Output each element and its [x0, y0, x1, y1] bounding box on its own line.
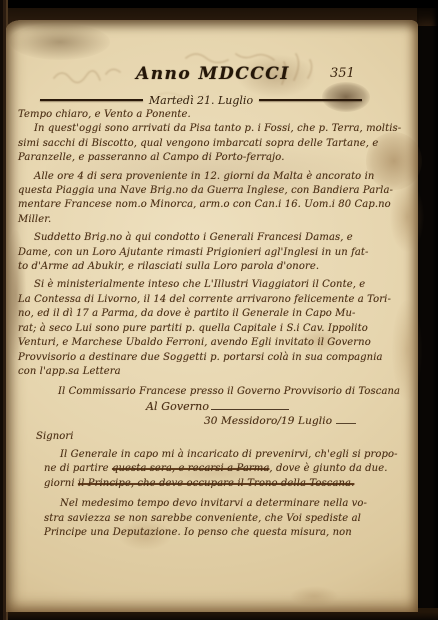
letter-date: 30 Messidoro/19 Luglio: [204, 414, 378, 428]
diary-line: Provvisorio a destinare due Soggetti p. …: [18, 351, 378, 365]
diary-line: con l'app.sa Lettera: [18, 365, 378, 379]
letter-line: Nel medesimo tempo devo invitarvi a dete…: [44, 497, 378, 511]
manuscript-page: Anno MDCCCI 351 Martedì 21. Luglio Tempo…: [6, 20, 418, 612]
diary-line: Suddetto Brig.no à qui condotto i Genera…: [18, 231, 378, 245]
diary-line: Venturi, e Marchese Ubaldo Ferroni, aven…: [18, 336, 378, 350]
diary-line: questa Piaggia una Nave Brig.no da Guerr…: [18, 184, 378, 198]
manuscript-content: Anno MDCCCI 351 Martedì 21. Luglio Tempo…: [18, 64, 378, 540]
diary-line: rat; à seco Lui sono pure partiti p. que…: [18, 322, 378, 336]
stain: [290, 586, 338, 606]
pen-flourish: [211, 403, 289, 410]
weather-line: Tempo chiaro, e Vento a Ponente.: [18, 108, 378, 122]
rule-right: [259, 99, 362, 101]
letter-line: Principe una Deputazione. Io penso che q…: [44, 526, 378, 540]
pen-dash: [336, 418, 356, 424]
diary-line: Miller.: [18, 213, 378, 227]
letter-line: Il Generale in capo mi à incaricato di p…: [44, 448, 378, 462]
page-fore-edge-stack: [417, 6, 438, 614]
underlined-phrase: il Principe, che deve occupare il Trono …: [78, 478, 354, 489]
diary-line: Alle ore 4 di sera proveniente in 12. gi…: [18, 170, 378, 184]
date-heading-rule: Martedì 21. Luglio: [40, 92, 362, 108]
book-photo: Anno MDCCCI 351 Martedì 21. Luglio Tempo…: [0, 0, 438, 620]
underlined-phrase: questa sera, e recarsi a Parma: [112, 463, 269, 474]
letter-text: giorni: [44, 478, 78, 489]
diary-line: Si è ministerialmente inteso che L'Illus…: [18, 278, 378, 292]
diary-line: no, ed il dì 17 a Parma, da dove è parti…: [18, 307, 378, 321]
letter-salutation: Signori: [36, 430, 378, 444]
diary-line: to d'Arme ad Abukir, e rilasciati sulla …: [18, 260, 378, 274]
diary-line: mentare Francese nom.o Minorca, arm.o co…: [18, 198, 378, 212]
year-title: Anno MDCCCI: [136, 64, 290, 84]
letter-addressee: Al Governo: [146, 400, 378, 414]
letter-line: stra saviezza se non sarebbe conveniente…: [44, 512, 378, 526]
stain: [392, 300, 422, 400]
letter-body: Il Generale in capo mi à incaricato di p…: [44, 448, 378, 540]
page-number: 351: [330, 66, 355, 81]
letter-text: , dove è giunto da due.: [269, 463, 387, 474]
letter-heading: Il Commissario Francese presso il Govern…: [58, 385, 378, 399]
letter-line: ne di partire questa sera, e recarsi a P…: [44, 462, 378, 476]
diary-line: In quest'oggi sono arrivati da Pisa tant…: [18, 122, 378, 136]
diary-line: La Contessa di Livorno, il 14 del corren…: [18, 293, 378, 307]
letter-text: ne di partire: [44, 463, 112, 474]
date-heading: Martedì 21. Luglio: [143, 94, 259, 107]
page-header: Anno MDCCCI 351: [18, 64, 378, 90]
letter-line: giorni il Principe, che deve occupare il…: [44, 477, 378, 491]
top-edge-shadow: [10, 24, 110, 60]
letter-date-text: 30 Messidoro/19 Luglio: [204, 415, 332, 427]
rule-left: [40, 99, 143, 101]
diary-line: Dame, con un Loro Ajutante rimasti Prigi…: [18, 246, 378, 260]
diary-line: Paranzelle, e passeranno al Campo di Por…: [18, 151, 378, 165]
letter-addressee-text: Al Governo: [146, 400, 209, 413]
diary-line: simi sacchi di Biscotto, qual vengono im…: [18, 137, 378, 151]
